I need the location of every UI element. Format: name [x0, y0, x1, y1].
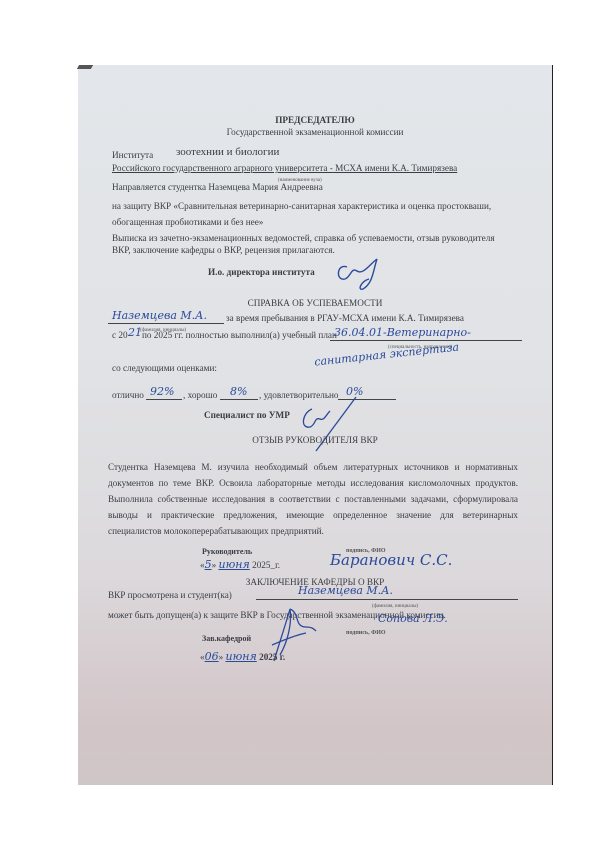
good-line	[220, 399, 258, 400]
thesis-title-line1: на защиту ВКР «Сравнительная ветеринарно…	[112, 201, 491, 212]
specialty-handwritten-1: 36.04.01-Ветеринарно-	[334, 327, 471, 338]
thesis-title-line2: обогащенная пробиотиками и без нее»	[112, 217, 263, 228]
review-date-month: июня	[218, 558, 249, 571]
review-line: Выполнила собственные исследования в соо…	[108, 491, 518, 507]
completed-text: по 2025 гг. полностью выполнил(а) учебны…	[142, 330, 337, 341]
student-name-line	[108, 323, 224, 324]
review-date-day: 5	[205, 558, 212, 571]
review-date-year: 2025	[252, 560, 270, 570]
head-sign-caption: подпись, ФИО	[346, 628, 386, 639]
attachments-line1: Выписка из зачетно-экзаменационных ведом…	[112, 233, 495, 244]
review-date: «5» июня 2025_г.	[200, 559, 280, 571]
specialist-label: Специалист по УМР	[204, 410, 290, 421]
director-label: И.о. директора института	[208, 267, 315, 278]
year-prefix: с 20	[112, 330, 128, 341]
director-signature-icon	[333, 253, 388, 293]
conclusion-date: «06» июня 2025 г.	[200, 651, 285, 663]
review-line: специалистов молокоперерабатывающих пред…	[108, 523, 518, 539]
specialty-line	[330, 340, 522, 341]
excellent-value: 92%	[150, 386, 174, 397]
good-value: 8%	[230, 386, 247, 397]
review-line: Студентка Наземцева М. изучила необходим…	[108, 459, 518, 475]
document-page: ПРЕДСЕДАТЕЛЮ Государственной экзаменацио…	[78, 65, 553, 785]
head-label: Зав.кафедрой	[202, 633, 251, 644]
conclusion-date-day: 06	[205, 650, 219, 663]
student-referral: Направляется студентка Наземцева Мария А…	[112, 182, 323, 193]
performance-title: СПРАВКА ОБ УСПЕВАЕМОСТИ	[78, 298, 552, 309]
excellent-label: отлично	[112, 390, 144, 401]
excellent-line	[146, 399, 182, 400]
good-label: , хорошо	[183, 390, 217, 401]
review-line: документов по теме ВКР. Освоила лаборато…	[108, 475, 518, 491]
conclusion-date-month: июня	[225, 650, 256, 663]
grades-intro: со следующими оценками:	[112, 363, 217, 374]
head-name-handwritten: Сопова Л.Э.	[378, 613, 448, 624]
review-line: выводы и практические предложения, имеющ…	[108, 507, 518, 523]
attachments-line2: ВКР, заключение кафедры о ВКР, рецензия …	[112, 245, 335, 256]
institute-label: Института	[112, 150, 153, 161]
year-handwritten: 21	[128, 327, 142, 338]
student-name-handwritten: Наземцева М.А.	[112, 310, 207, 321]
conclusion-date-suffix: г.	[280, 652, 285, 662]
conclusion-student-handwritten: Наземцева М.А.	[298, 585, 393, 596]
review-title: ОТЗЫВ РУКОВОДИТЕЛЯ ВКР	[78, 435, 552, 446]
supervisor-name-handwritten: Баранович С.С.	[330, 555, 452, 566]
stay-text: за время пребывания в РГАУ-МСХА имени К.…	[226, 313, 464, 324]
supervisor-label: Руководитель	[202, 546, 252, 557]
review-text: Студентка Наземцева М. изучила необходим…	[108, 459, 518, 539]
addressee-title: ПРЕДСЕДАТЕЛЮ	[78, 115, 552, 126]
specialist-signature-icon	[294, 395, 364, 455]
conclusion-student-line	[256, 599, 518, 600]
specialty-handwritten-2: санитарная экспертиза	[314, 341, 460, 367]
university-name: Российского государственного аграрного у…	[112, 163, 457, 174]
addressee-subtitle: Государственной экзаменационной комиссии	[78, 127, 552, 138]
reviewed-text: ВКР просмотрена и студент(ка)	[108, 590, 232, 601]
institute-name: зоотехнии и биологии	[176, 147, 279, 158]
review-date-suffix: г.	[275, 560, 280, 570]
conclusion-date-year: 2025	[259, 652, 277, 662]
